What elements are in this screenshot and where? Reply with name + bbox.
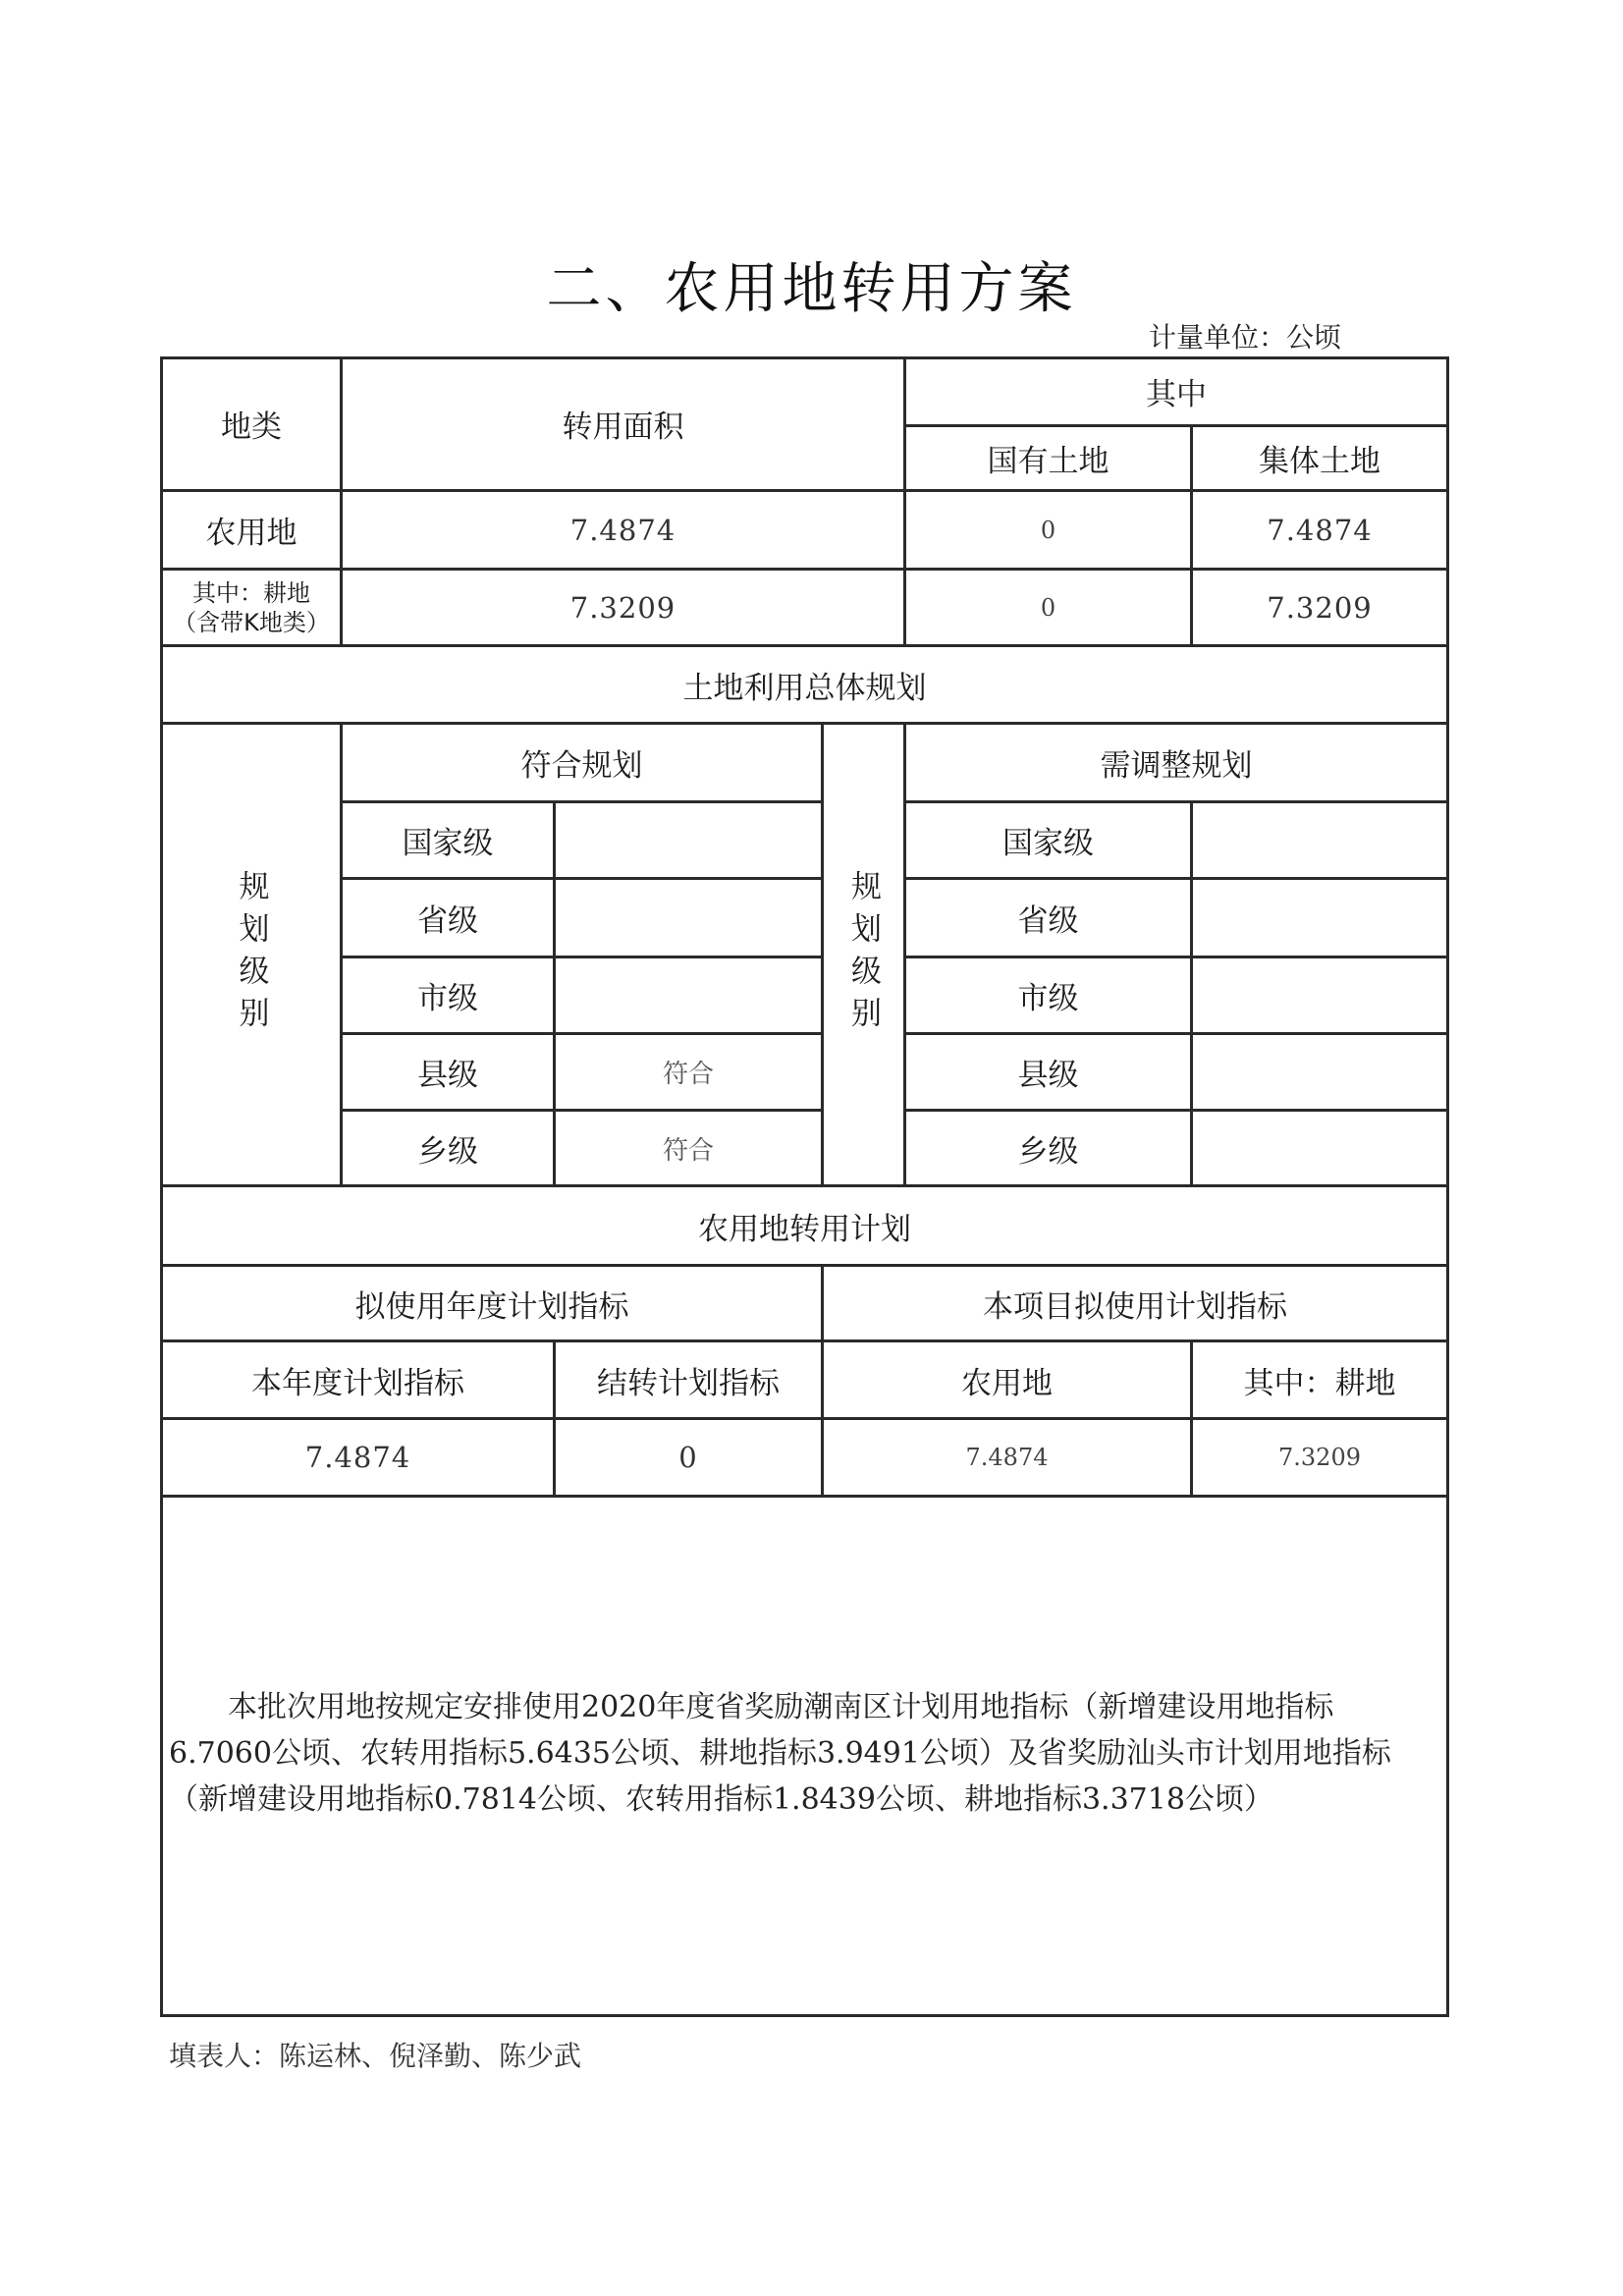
plan-value-annual: 7.4874	[162, 1419, 554, 1496]
conforming-value: 符合	[555, 1034, 822, 1110]
header-area: 转用面积	[342, 357, 904, 490]
cultivated-area: 7.3209	[342, 570, 904, 645]
conforming-value	[555, 957, 822, 1033]
plan-value-farmland: 7.4874	[823, 1419, 1191, 1496]
conforming-level: 省级	[342, 879, 554, 957]
conforming-value	[555, 802, 822, 878]
unit-label: 计量单位：公顷	[1149, 316, 1341, 355]
conforming-title: 符合规划	[342, 724, 822, 801]
adjust-level: 乡级	[905, 1111, 1191, 1185]
plan-section-title: 农用地转用计划	[162, 1186, 1447, 1265]
adjust-value	[1192, 879, 1447, 957]
cultivated-label-line1: 其中：耕地	[192, 578, 310, 608]
planning-level-text: 规划级别	[841, 870, 886, 1039]
farmland-state-owned: 0	[905, 491, 1191, 569]
adjust-level: 省级	[905, 879, 1191, 957]
conforming-value: 符合	[555, 1111, 822, 1185]
farmland-collective: 7.4874	[1192, 491, 1447, 569]
conforming-level: 市级	[342, 957, 554, 1033]
adjust-value	[1192, 957, 1447, 1033]
adjust-title: 需调整规划	[905, 724, 1447, 801]
planning-level-label-right: 规划级别	[823, 724, 904, 1185]
header-land-type: 地类	[162, 357, 341, 490]
farmland-area: 7.4874	[342, 491, 904, 569]
plan-value-carryover: 0	[555, 1419, 822, 1496]
adjust-level: 市级	[905, 957, 1191, 1033]
planning-level-text: 规划级别	[230, 870, 274, 1039]
plan-col-farmland: 农用地	[823, 1341, 1191, 1418]
header-state-owned: 国有土地	[905, 426, 1191, 490]
adjust-value	[1192, 1111, 1447, 1185]
plan-annual-group: 拟使用年度计划指标	[162, 1266, 822, 1340]
conforming-level: 国家级	[342, 802, 554, 878]
adjust-value	[1192, 802, 1447, 878]
row-label-farmland: 农用地	[162, 491, 341, 569]
adjust-level: 国家级	[905, 802, 1191, 878]
table-border-bottom	[160, 2014, 1449, 2017]
row-label-cultivated: 其中：耕地 （含带K地类）	[162, 570, 341, 645]
plan-project-group: 本项目拟使用计划指标	[823, 1266, 1447, 1340]
cultivated-label-line2: （含带K地类）	[173, 608, 330, 637]
cultivated-state-owned: 0	[905, 570, 1191, 645]
cultivated-collective: 7.3209	[1192, 570, 1447, 645]
conforming-value	[555, 879, 822, 957]
conforming-level: 县级	[342, 1034, 554, 1110]
header-collective: 集体土地	[1192, 426, 1447, 490]
form-filler: 填表人：陈运林、倪泽勤、陈少武	[169, 2035, 581, 2074]
page-title: 二、农用地转用方案	[0, 246, 1623, 324]
planning-section-title: 土地利用总体规划	[162, 646, 1447, 723]
plan-col-carryover: 结转计划指标	[555, 1341, 822, 1418]
header-of-which: 其中	[905, 357, 1447, 425]
planning-level-label-left: 规划级别	[162, 724, 341, 1185]
plan-value-cultivated: 7.3209	[1192, 1419, 1447, 1496]
plan-col-cultivated: 其中：耕地	[1192, 1341, 1447, 1418]
adjust-value	[1192, 1034, 1447, 1110]
plan-col-annual: 本年度计划指标	[162, 1341, 554, 1418]
adjust-level: 县级	[905, 1034, 1191, 1110]
remarks-text: 本批次用地按规定安排使用2020年度省奖励潮南区计划用地指标（新增建设用地指标6…	[169, 1684, 1435, 1823]
conforming-level: 乡级	[342, 1111, 554, 1185]
